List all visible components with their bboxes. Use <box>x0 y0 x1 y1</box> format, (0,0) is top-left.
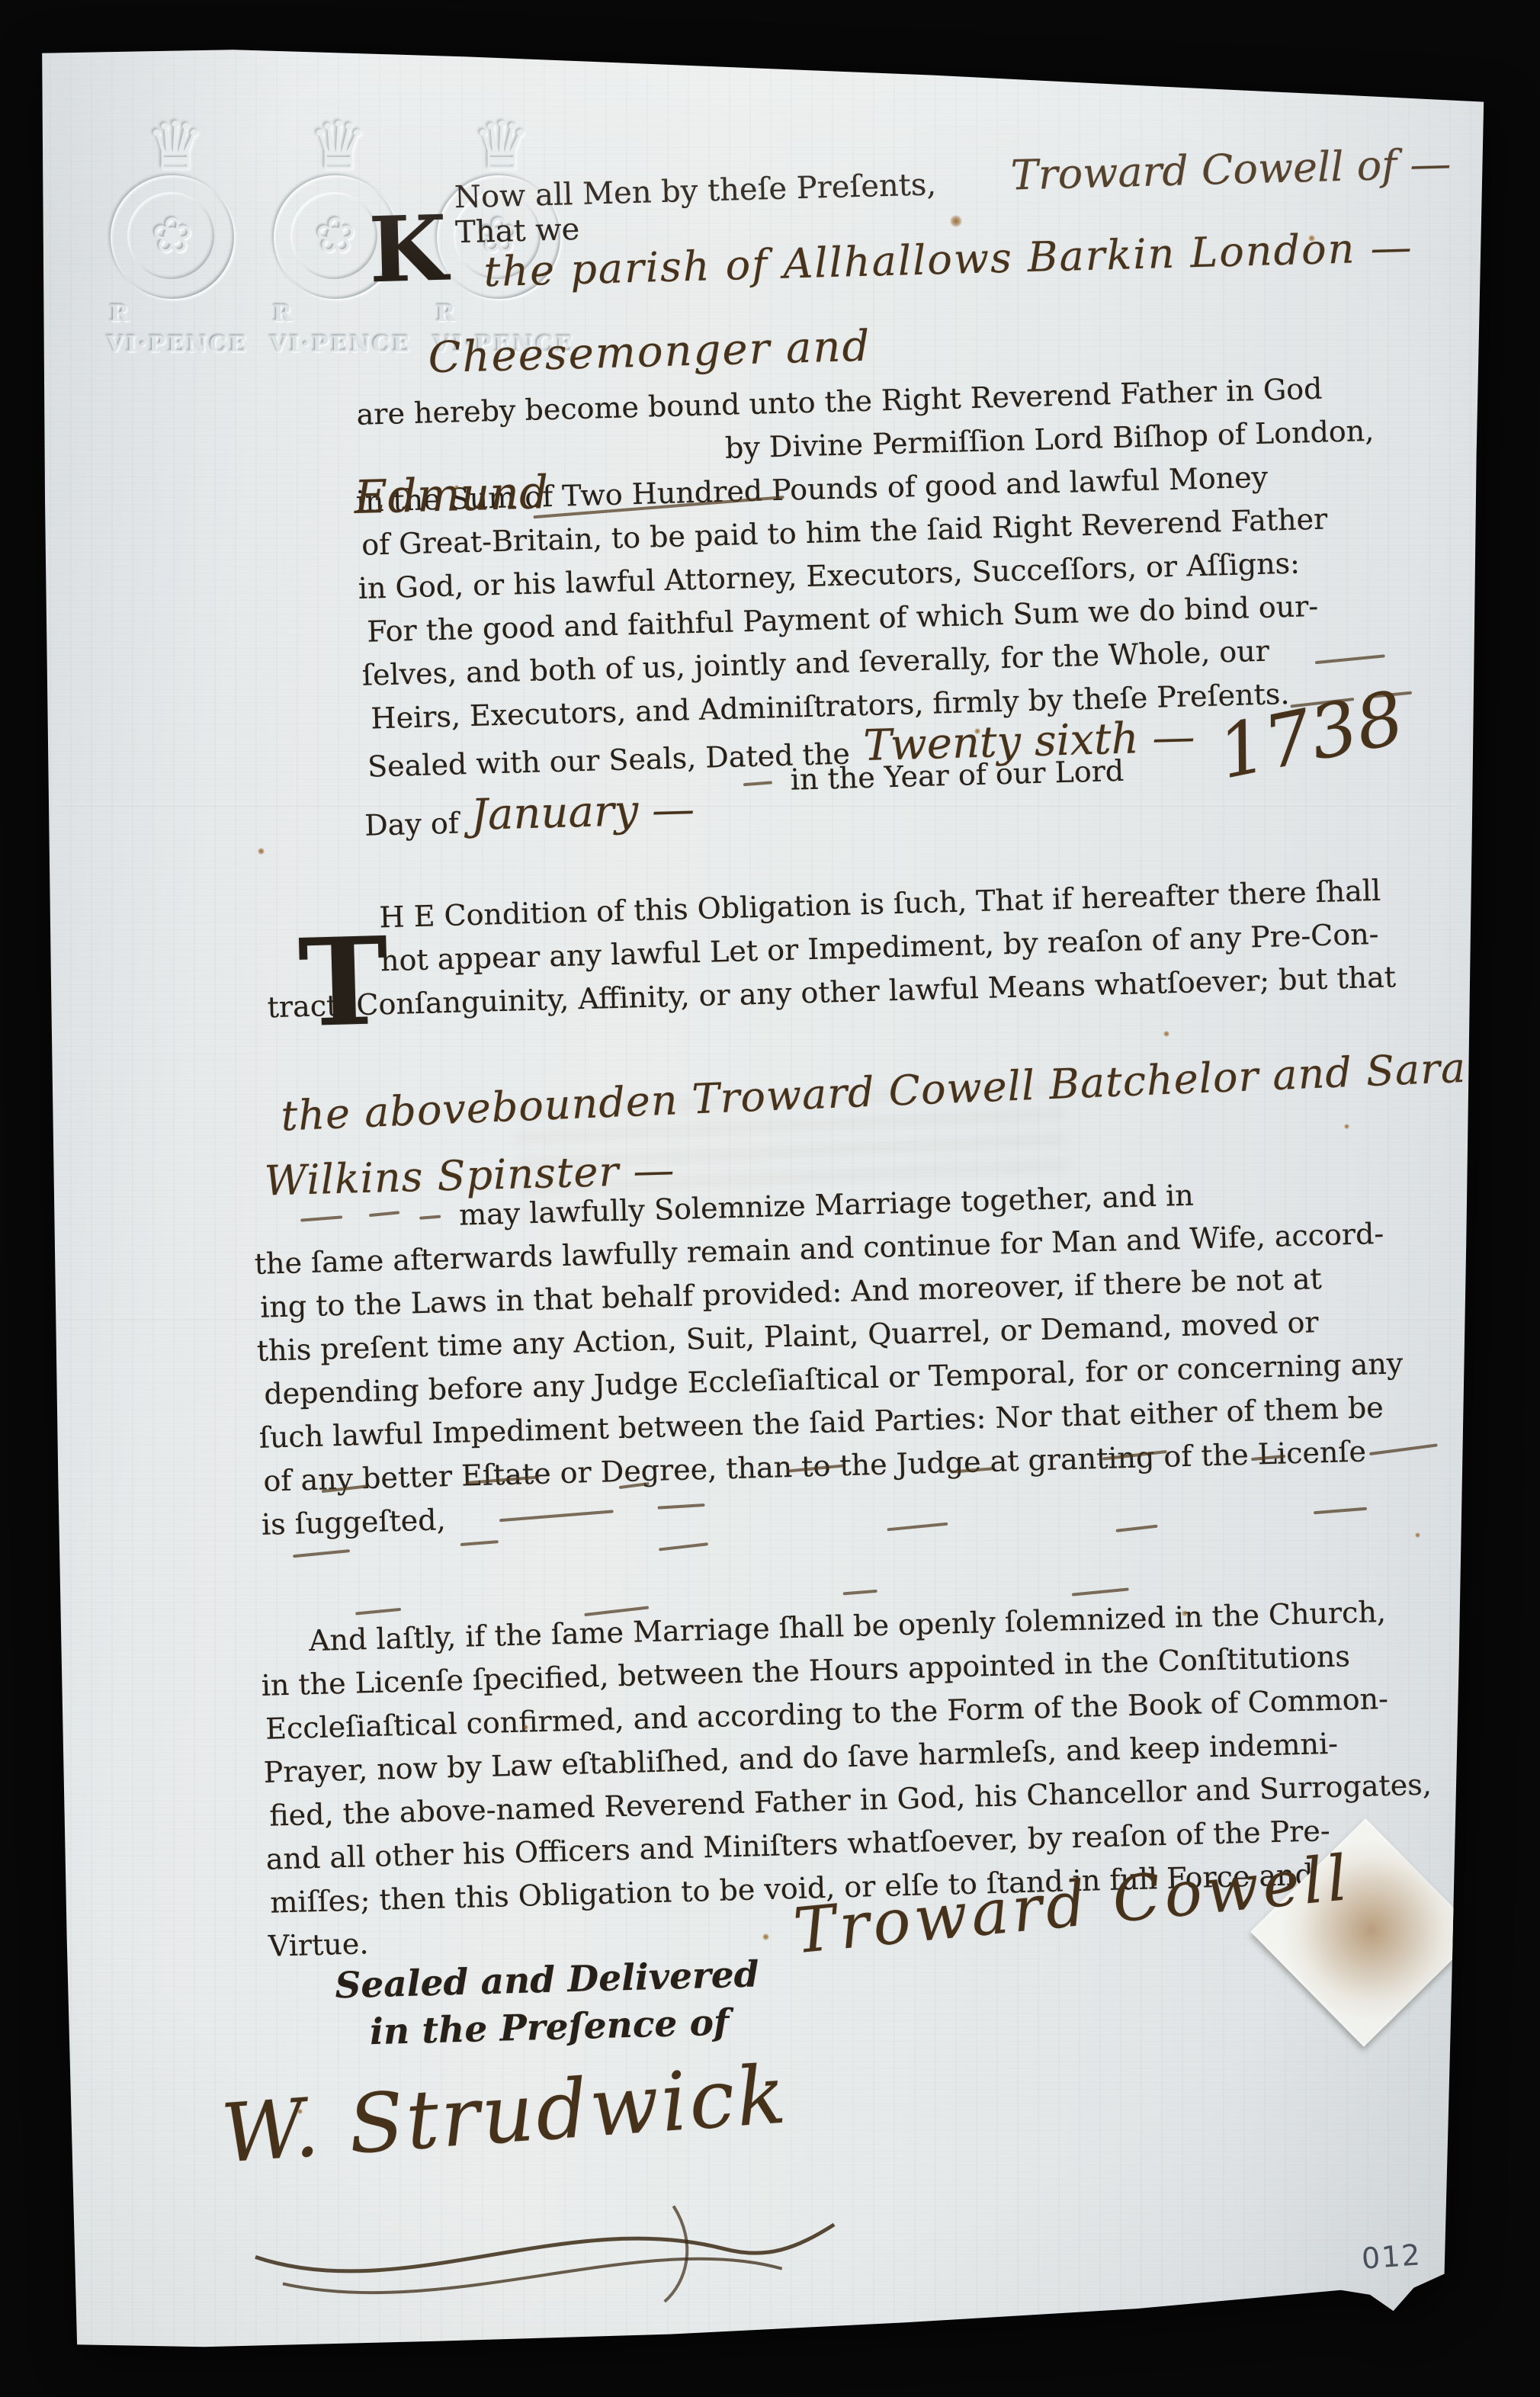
ink-flourish <box>1116 1525 1158 1532</box>
condition-clause: T H E Condition of this Obligation is ſu… <box>265 868 1419 1030</box>
hand-principal-name: Troward Cowell of — <box>1010 140 1452 200</box>
ink-flourish <box>355 1608 401 1616</box>
ink-flourish <box>460 1540 499 1546</box>
ink-flourish <box>293 1549 350 1558</box>
condition-dropcap: T <box>297 922 390 1044</box>
ink-speck <box>950 215 962 227</box>
hand-occupation: Cheesemonger and <box>428 322 871 383</box>
ink-flourish <box>619 1482 650 1489</box>
ink-speck <box>297 2109 303 2114</box>
document-text: K Now all Men by theſe Preſents, That we… <box>0 19 1519 2377</box>
ink-speck <box>1415 1532 1420 1538</box>
document-photo: ♛ ❀ R VI·PENCE ♛ ❀ R VI·PENCE ♛ <box>0 0 1540 2397</box>
bond-paper: ♛ ❀ R VI·PENCE ♛ ❀ R VI·PENCE ♛ <box>29 38 1487 2357</box>
witness-signature: W. Strudwick <box>219 2047 791 2180</box>
bond-dayof-text: Day of <box>364 801 459 847</box>
ink-flourish <box>843 1590 877 1596</box>
ink-speck <box>1182 1610 1188 1616</box>
opening-dropcap: K <box>367 204 448 296</box>
ink-speck <box>523 1725 528 1730</box>
ink-flourish <box>467 1475 539 1484</box>
ink-flourish <box>1314 1507 1367 1515</box>
ink-flourish <box>887 1523 948 1532</box>
signature-flourish <box>246 2193 851 2316</box>
ink-speck <box>974 728 980 734</box>
bond-dated-text: Sealed with our Seals, Dated the <box>367 733 850 789</box>
photo-background: { "colors": { "background": "#080809", "… <box>0 0 1540 2397</box>
hand-month: January — <box>470 788 695 837</box>
catalog-number: 012 <box>1361 2238 1423 2275</box>
ink-speck <box>1344 1124 1349 1129</box>
ink-speck <box>762 1933 769 1940</box>
ink-flourish <box>950 1467 992 1473</box>
ink-flourish <box>1072 1587 1129 1596</box>
bond-paragraph: are hereby become bound unto the Right R… <box>353 365 1417 848</box>
attestation-line-2: in the Preſence of <box>369 2001 730 2053</box>
ink-flourish <box>659 1542 708 1551</box>
ink-speck <box>258 848 265 855</box>
ink-flourish <box>743 781 772 786</box>
ink-speck <box>1308 235 1315 242</box>
ink-flourish <box>322 1484 367 1493</box>
hand-bishop-name: Edmund <box>354 466 550 525</box>
ink-speck <box>1163 1031 1169 1037</box>
ink-speck <box>454 485 459 489</box>
